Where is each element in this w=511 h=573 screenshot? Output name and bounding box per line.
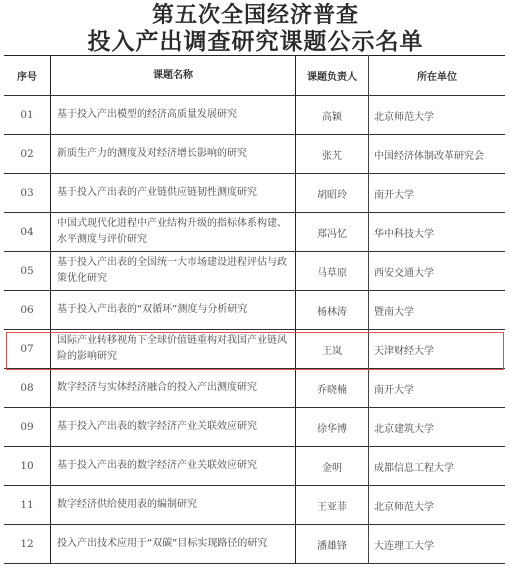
row-unit: 天津财经大学: [369, 330, 506, 369]
row-topic: 基于投入产出表的数字经济产业关联效应研究: [51, 408, 296, 447]
row-topic: 新质生产力的测度及对经济增长影响的研究: [51, 135, 296, 174]
row-unit: 中国经济体制改革研究会: [369, 135, 506, 174]
header-project-leader: 课题负责人: [296, 56, 369, 96]
row-leader: 胡昭玲: [296, 174, 369, 213]
row-serial-no: 09: [4, 408, 51, 447]
row-serial-no: 10: [4, 447, 51, 486]
row-topic: 投入产出技术应用于“双碳”目标实现路径的研究: [51, 525, 296, 564]
table-row: 03 基于投入产出表的产业链供应链韧性测度研究 胡昭玲 南开大学: [4, 174, 505, 213]
table-row: 10 基于投入产出表的数字经济产业关联效应研究 金明 成都信息工程大学: [4, 447, 505, 486]
row-leader: 高颖: [296, 96, 369, 135]
row-serial-no: 01: [4, 96, 51, 135]
row-leader: 王亚菲: [296, 486, 369, 525]
table-row: 04 中国式现代化进程中产业结构升级的指标体系构建、水平测度与评价研究 郑冯忆 …: [4, 213, 505, 252]
row-unit: 成都信息工程大学: [369, 447, 506, 486]
document-title-line2: 投入产出调查研究课题公示名单: [0, 28, 511, 55]
row-leader: 杨林涛: [296, 291, 369, 330]
row-leader: 马草原: [296, 252, 369, 291]
project-list-table: 序号 课题名称 课题负责人 所在单位 01 基于投入产出模型的经济高质量发展研究…: [4, 55, 505, 564]
row-leader: 金明: [296, 447, 369, 486]
header-topic-name: 课题名称: [51, 56, 296, 96]
row-topic: 基于投入产出表的数字经济产业关联效应研究: [51, 447, 296, 486]
row-serial-no: 11: [4, 486, 51, 525]
row-topic: 数字经济与实体经济融合的投入产出测度研究: [51, 369, 296, 408]
row-unit: 大连理工大学: [369, 525, 506, 564]
table-row: 05 基于投入产出表的全国统一大市场建设进程评估与政策优化研究 马草原 西安交通…: [4, 252, 505, 291]
row-leader: 郑冯忆: [296, 213, 369, 252]
row-topic: 基于投入产出模型的经济高质量发展研究: [51, 96, 296, 135]
row-unit: 暨南大学: [369, 291, 506, 330]
row-unit: 北京建筑大学: [369, 408, 506, 447]
row-unit: 西安交通大学: [369, 252, 506, 291]
row-topic: 基于投入产出表的全国统一大市场建设进程评估与政策优化研究: [51, 252, 296, 291]
header-serial-no: 序号: [4, 56, 51, 96]
row-topic: 数字经济供给使用表的编制研究: [51, 486, 296, 525]
row-leader: 乔晓楠: [296, 369, 369, 408]
row-unit: 北京师范大学: [369, 96, 506, 135]
row-serial-no: 07: [4, 330, 51, 369]
row-unit: 南开大学: [369, 369, 506, 408]
row-leader: 张艽: [296, 135, 369, 174]
table-row: 08 数字经济与实体经济融合的投入产出测度研究 乔晓楠 南开大学: [4, 369, 505, 408]
table-header-row: 序号 课题名称 课题负责人 所在单位: [4, 56, 505, 96]
document-title-line1: 第五次全国经济普查: [0, 2, 511, 28]
row-serial-no: 02: [4, 135, 51, 174]
row-leader: 徐华博: [296, 408, 369, 447]
table-row: 09 基于投入产出表的数字经济产业关联效应研究 徐华博 北京建筑大学: [4, 408, 505, 447]
header-affiliation: 所在单位: [369, 56, 506, 96]
row-serial-no: 05: [4, 252, 51, 291]
row-unit: 南开大学: [369, 174, 506, 213]
row-topic: 中国式现代化进程中产业结构升级的指标体系构建、水平测度与评价研究: [51, 213, 296, 252]
table-row: 11 数字经济供给使用表的编制研究 王亚菲 北京师范大学: [4, 486, 505, 525]
row-unit: 华中科技大学: [369, 213, 506, 252]
row-leader: 王岚: [296, 330, 369, 369]
row-serial-no: 03: [4, 174, 51, 213]
row-serial-no: 08: [4, 369, 51, 408]
table-row-highlighted: 07 国际产业转移视角下全球价值链重构对我国产业链风险的影响研究 王岚 天津财经…: [4, 330, 505, 369]
row-serial-no: 06: [4, 291, 51, 330]
table-row: 06 基于投入产出表的“双循环”测度与分析研究 杨林涛 暨南大学: [4, 291, 505, 330]
table-row: 01 基于投入产出模型的经济高质量发展研究 高颖 北京师范大学: [4, 96, 505, 135]
row-serial-no: 12: [4, 525, 51, 564]
row-topic: 基于投入产出表的产业链供应链韧性测度研究: [51, 174, 296, 213]
row-leader: 潘雄锋: [296, 525, 369, 564]
table-row: 02 新质生产力的测度及对经济增长影响的研究 张艽 中国经济体制改革研究会: [4, 135, 505, 174]
row-topic: 国际产业转移视角下全球价值链重构对我国产业链风险的影响研究: [51, 330, 296, 369]
row-unit: 北京师范大学: [369, 486, 506, 525]
row-serial-no: 04: [4, 213, 51, 252]
table-row: 12 投入产出技术应用于“双碳”目标实现路径的研究 潘雄锋 大连理工大学: [4, 525, 505, 564]
row-topic: 基于投入产出表的“双循环”测度与分析研究: [51, 291, 296, 330]
